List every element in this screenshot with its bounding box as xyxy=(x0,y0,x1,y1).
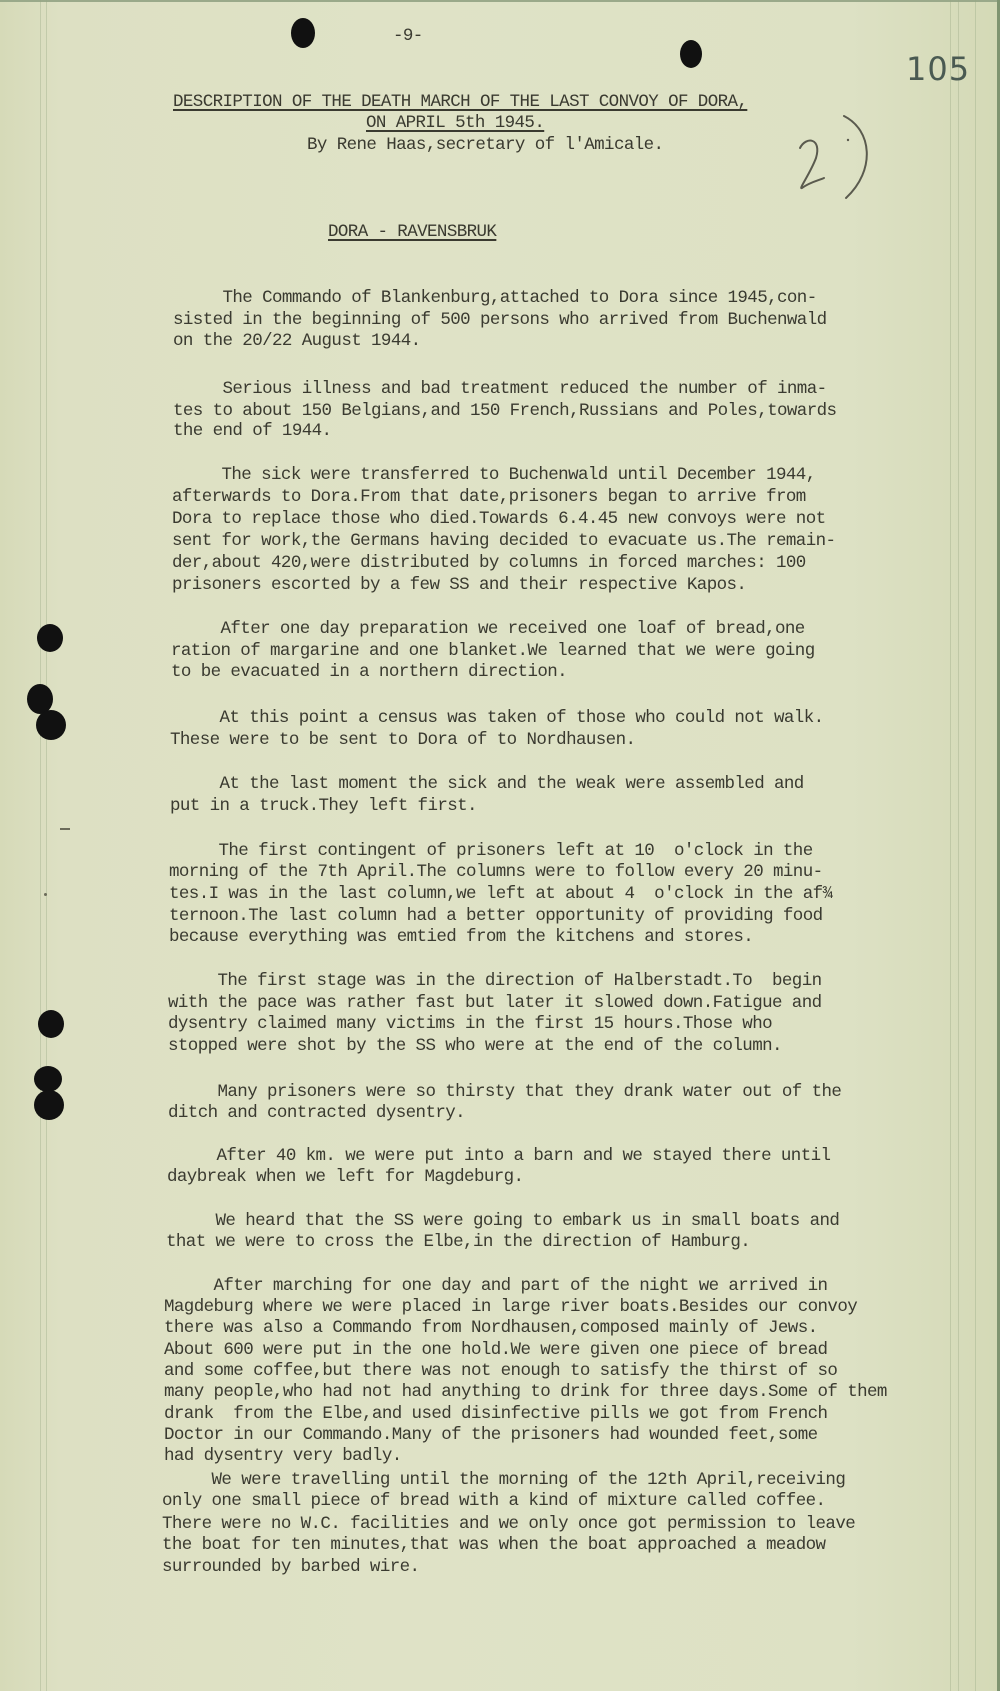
paragraph-line: to be evacuated in a northern direction. xyxy=(171,662,567,682)
paragraph-line: The first contingent of prisoners left a… xyxy=(169,841,813,861)
paragraph-line: morning of the 7th April.The columns wer… xyxy=(169,862,823,882)
paragraph-line: Doctor in our Commando.Many of the priso… xyxy=(164,1425,818,1445)
punch-hole-icon xyxy=(291,18,315,48)
paragraph-line: on the 20/22 August 1944. xyxy=(173,331,421,351)
paragraph-line: sent for work,the Germans having decided… xyxy=(172,531,835,551)
margin-mark xyxy=(60,828,70,830)
paragraph-line: dysentry claimed many victims in the fir… xyxy=(168,1014,772,1034)
punch-hole-icon xyxy=(37,624,63,652)
document-title-line-2: ON APRIL 5th 1945. xyxy=(366,113,544,133)
paper-stripe xyxy=(975,0,976,1691)
document-date: ON APRIL 5th 1945. xyxy=(366,113,544,133)
paragraph-line: sisted in the beginning of 500 persons w… xyxy=(173,310,827,330)
document-title-line-1: DESCRIPTION OF THE DEATH MARCH OF THE LA… xyxy=(173,92,747,112)
paragraph-line: After 40 km. we were put into a barn and… xyxy=(167,1146,830,1166)
paragraph-line: tes to about 150 Belgians,and 150 French… xyxy=(173,401,836,421)
paragraph-line: and some coffee,but there was not enough… xyxy=(164,1361,837,1381)
paragraph-line: These were to be sent to Dora of to Nord… xyxy=(170,730,635,750)
punch-hole-icon xyxy=(36,710,66,740)
paragraph-line: Many prisoners were so thirsty that they… xyxy=(168,1082,841,1102)
document-page: -9- 105 DESCRIPTION OF THE DEATH MARCH O… xyxy=(0,0,1000,1691)
paragraph-line: tes.I was in the last column,we left at … xyxy=(169,884,832,904)
paragraph-line: only one small piece of bread with a kin… xyxy=(162,1491,825,1511)
paragraph-line: prisoners escorted by a few SS and their… xyxy=(172,575,746,595)
paragraph-line: because everything was emtied from the k… xyxy=(169,927,753,947)
page-top-edge xyxy=(0,0,1000,2)
paragraph-line: At the last moment the sick and the weak… xyxy=(170,774,804,794)
punch-hole-icon xyxy=(34,1090,64,1120)
punch-hole-icon xyxy=(680,40,702,68)
page-number: -9- xyxy=(393,26,423,46)
paragraph-line: surrounded by barbed wire. xyxy=(162,1557,419,1577)
punch-hole-icon xyxy=(34,1066,62,1092)
document-byline: By Rene Haas,secretary of l'Amicale. xyxy=(307,135,663,155)
folio-stamp: 105 xyxy=(906,50,970,88)
paragraph-line: ditch and contracted dysentry. xyxy=(168,1103,465,1123)
paragraph-line: About 600 were put in the one hold.We we… xyxy=(164,1340,827,1360)
paragraph-line: At this point a census was taken of thos… xyxy=(170,708,824,728)
paragraph-line: daybreak when we left for Magdeburg. xyxy=(167,1167,523,1187)
paragraph-line: stopped were shot by the SS who were at … xyxy=(168,1036,782,1056)
paragraph-line: many people,who had not had anything to … xyxy=(164,1382,887,1402)
paragraph-line: that we were to cross the Elbe,in the di… xyxy=(166,1232,750,1252)
paragraph-line: had dysentry very badly. xyxy=(164,1446,402,1466)
paragraph-line: the end of 1944. xyxy=(173,421,331,441)
paragraph-line: ternoon.The last column had a better opp… xyxy=(169,906,823,926)
paragraph-line: The sick were transferred to Buchenwald … xyxy=(172,465,816,485)
paragraph-line: the boat for ten minutes,that was when t… xyxy=(162,1535,825,1555)
paragraph-line: The Commando of Blankenburg,attached to … xyxy=(173,288,817,308)
paragraph-line: drank from the Elbe,and used disinfectiv… xyxy=(164,1404,827,1424)
paper-stripe xyxy=(40,0,41,1691)
paragraph-line: afterwards to Dora.From that date,prison… xyxy=(172,487,806,507)
paragraph-line: Magdeburg where we were placed in large … xyxy=(164,1297,857,1317)
margin-dot xyxy=(44,893,47,896)
paragraph-line: After marching for one day and part of t… xyxy=(164,1276,827,1296)
paragraph-line: der,about 420,were distributed by column… xyxy=(172,553,806,573)
paper-stripe xyxy=(958,0,959,1691)
section-heading: DORA - RAVENSBRUK xyxy=(328,222,496,242)
paragraph-line: with the pace was rather fast but later … xyxy=(168,993,822,1013)
paragraph-line: The first stage was in the direction of … xyxy=(168,971,822,991)
paper-stripe xyxy=(950,0,951,1691)
paragraph-line: We were travelling until the morning of … xyxy=(162,1470,845,1490)
handwritten-annotation-icon xyxy=(780,100,890,210)
punch-hole-icon xyxy=(38,1010,64,1038)
paragraph-line: there was also a Commando from Nordhause… xyxy=(164,1318,818,1338)
paragraph-line: Dora to replace those who died.Towards 6… xyxy=(172,509,826,529)
paragraph-line: There were no W.C. facilities and we onl… xyxy=(162,1514,855,1534)
paper-stripe xyxy=(46,0,47,1691)
paragraph-line: put in a truck.They left first. xyxy=(170,796,477,816)
paragraph-line: ration of margarine and one blanket.We l… xyxy=(171,641,815,661)
paragraph-line: Serious illness and bad treatment reduce… xyxy=(173,379,827,399)
paragraph-line: We heard that the SS were going to embar… xyxy=(166,1211,839,1231)
paragraph-line: After one day preparation we received on… xyxy=(171,619,805,639)
